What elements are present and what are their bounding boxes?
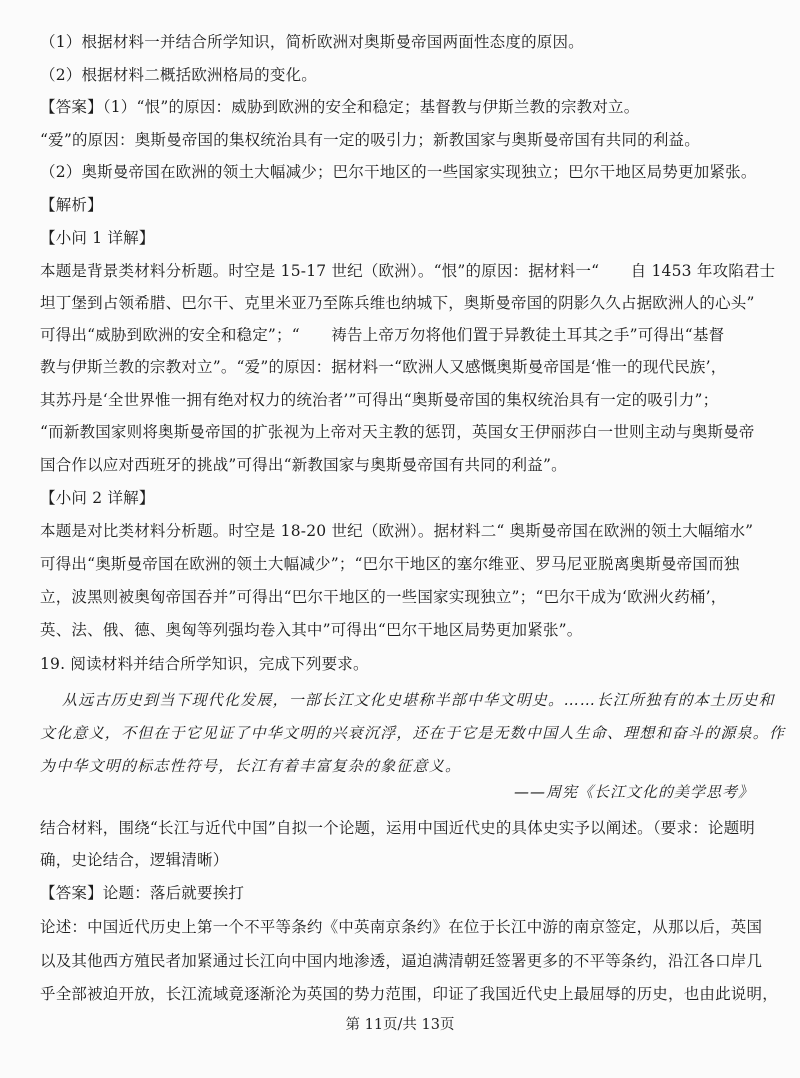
page-number-footer: 第 11页/共 13页 bbox=[0, 1015, 800, 1035]
analysis-heading: 【解析】 bbox=[40, 194, 770, 216]
question-19-heading: 19. 阅读材料并结合所学知识，完成下列要求。 bbox=[40, 653, 770, 675]
analysis-paragraph-1-line-1: 本题是背景类材料分析题。时空是 15-17 世纪（欧洲）。“恨”的原因：据材料一… bbox=[40, 260, 770, 282]
material-line-3: 为中华文明的标志性符号，长江有着丰富复杂的象征意义。 bbox=[40, 755, 770, 777]
sub-question-1-heading: 【小问 1 详解】 bbox=[40, 227, 770, 249]
analysis-paragraph-1-line-2: 坦丁堡到占领希腊、巴尔干、克里米亚乃至陈兵维也纳城下，奥斯曼帝国的阴影久久占据欧… bbox=[40, 292, 770, 314]
question-19-prompt-line-2: 确，史论结合，逻辑清晰） bbox=[40, 849, 770, 871]
material-line-2: 文化意义，不但在于它见证了中华文明的兴衰沉浮，还在于它是无数中国人生命、理想和奋… bbox=[40, 722, 770, 744]
analysis-paragraph-1-line-4: 教与伊斯兰教的宗教对立”。“爱”的原因：据材料一“欧洲人又感慨奥斯曼帝国是‘惟一… bbox=[40, 356, 770, 378]
answer-19-argument-line-2: 以及其他西方殖民者加紧通过长江向中国内地渗透，逼迫满清朝廷签署更多的不平等条约，… bbox=[40, 950, 770, 972]
sub-question-2-heading: 【小问 2 详解】 bbox=[40, 487, 770, 509]
question-19-prompt-line-1: 结合材料，围绕“长江与近代中国”自拟一个论题，运用中国近代史的具体史实予以阐述。… bbox=[40, 817, 770, 839]
analysis-paragraph-1-line-6: “而新教国家则将奥斯曼帝国的扩张视为上帝对天主教的惩罚，英国女王伊丽莎白一世则主… bbox=[40, 421, 770, 443]
question-18-part-2: （2）根据材料二概括欧洲格局的变化。 bbox=[40, 64, 770, 86]
question-18-part-1: （1）根据材料一并结合所学知识，简析欧洲对奥斯曼帝国两面性态度的原因。 bbox=[40, 31, 770, 53]
answer-part-1-hate: 【答案】（1）“恨”的原因：威胁到欧洲的安全和稳定；基督教与伊斯兰教的宗教对立。 bbox=[40, 96, 770, 118]
material-source: ——周宪《长江文化的美学思考》 bbox=[514, 781, 754, 803]
answer-19-thesis: 【答案】论题：落后就要挨打 bbox=[40, 882, 770, 904]
analysis-paragraph-1-line-3: 可得出“威胁到欧洲的安全和稳定”；“ 祷告上帝万勿将他们置于异教徒土耳其之手”可… bbox=[40, 324, 770, 346]
document-page: （1）根据材料一并结合所学知识，简析欧洲对奥斯曼帝国两面性态度的原因。 （2）根… bbox=[0, 0, 800, 1078]
analysis-paragraph-2-line-2: 可得出“奥斯曼帝国在欧洲的领土大幅减少”；“巴尔干地区的塞尔维亚、罗马尼亚脱离奥… bbox=[40, 553, 770, 575]
analysis-paragraph-2-line-4: 英、法、俄、德、奥匈等列强均卷入其中”可得出“巴尔干地区局势更加紧张”。 bbox=[40, 619, 770, 641]
answer-part-1-love: “爱”的原因：奥斯曼帝国的集权统治具有一定的吸引力；新教国家与奥斯曼帝国有共同的… bbox=[40, 129, 770, 151]
answer-19-argument-line-3: 乎全部被迫开放，长江流域竟逐渐沦为英国的势力范围，印证了我国近代史上最屈辱的历史… bbox=[40, 983, 770, 1005]
answer-19-argument-line-1: 论述：中国近代历史上第一个不平等条约《中英南京条约》在位于长江中游的南京签定，从… bbox=[40, 916, 770, 938]
analysis-paragraph-1-line-5: 其苏丹是‘全世界惟一拥有绝对权力的统治者’”可得出“奥斯曼帝国的集权统治具有一定… bbox=[40, 389, 770, 411]
analysis-paragraph-2-line-3: 立，波黑则被奥匈帝国吞并”可得出“巴尔干地区的一些国家实现独立”；“巴尔干成为‘… bbox=[40, 586, 770, 608]
analysis-paragraph-2-line-1: 本题是对比类材料分析题。时空是 18-20 世纪（欧洲）。据材料二“ 奥斯曼帝国… bbox=[40, 520, 770, 542]
analysis-paragraph-1-line-7: 国合作以应对西班牙的挑战”可得出“新教国家与奥斯曼帝国有共同的利益”。 bbox=[40, 454, 770, 476]
answer-part-2: （2）奥斯曼帝国在欧洲的领土大幅减少；巴尔干地区的一些国家实现独立；巴尔干地区局… bbox=[40, 161, 770, 183]
material-line-1: 从远古历史到当下现代化发展，一部长江文化史堪称半部中华文明史。……长江所独有的本… bbox=[62, 689, 772, 711]
